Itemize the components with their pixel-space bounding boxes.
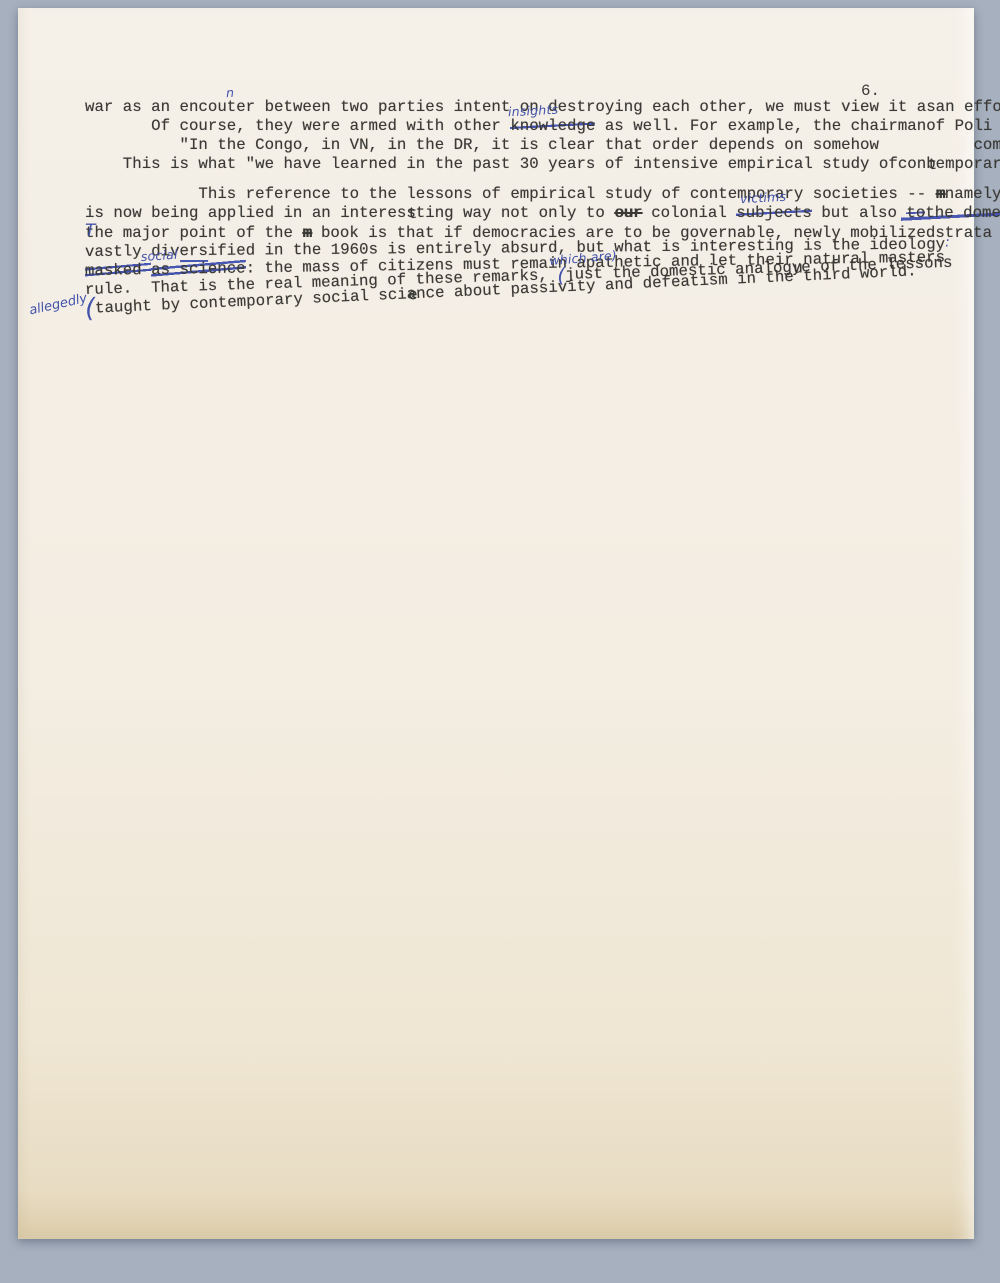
typed-line: of Poli Sci at my university explained t… xyxy=(926,117,1000,135)
pen-annotation: social xyxy=(140,244,178,266)
typed-text: Of course, they were armed with other xyxy=(85,117,510,135)
typed-line: conbtemporary societies." The VNese peas… xyxy=(898,155,1000,173)
pen-annotation: victims xyxy=(740,187,787,208)
typed-text: "In the Congo, in VN, in the DR, it is c… xyxy=(85,136,879,154)
typed-text: as well. For example, the chairman xyxy=(595,117,926,135)
typed-text: of Poli Sci at my university explained t… xyxy=(926,117,1000,135)
overstruck-text: m xyxy=(936,185,945,203)
typed-line: Of course, they were armed with other in… xyxy=(85,117,926,135)
paragraph-block: This is what "we have learned in the pas… xyxy=(85,155,991,174)
pen-character: T xyxy=(85,222,95,241)
pen-deleted-text: the domestic population. xyxy=(901,204,1000,222)
typed-text: is now being applied in an interes xyxy=(85,204,406,222)
paper-page: 6. war as an encounter between two parti… xyxy=(18,8,974,1239)
typed-text: emporary societies." The VNese peasants … xyxy=(936,155,1000,173)
pen-annotation: n xyxy=(225,83,234,102)
typed-line: compelling newly mobilized strata to ret… xyxy=(879,136,1000,154)
typed-text: colonial xyxy=(642,204,737,222)
pen-underlined-text: ers xyxy=(179,242,208,260)
typed-line: is now being applied in an interesstting… xyxy=(85,204,925,222)
paragraph-block: "In the Congo, in VN, in the DR, it is c… xyxy=(85,136,991,155)
overtyped-correction: bt xyxy=(926,155,935,174)
paragraph-gap xyxy=(85,174,991,185)
typed-text: con xyxy=(898,155,926,173)
overstruck-text: m xyxy=(302,224,311,242)
typed-text: ting way not only to xyxy=(416,204,614,222)
typed-line: namely, that newly mobilized strata must… xyxy=(945,185,1000,203)
typed-text: ter between two parties intent on destro… xyxy=(227,98,936,116)
paragraph-block: Of course, they were armed with other in… xyxy=(85,117,991,136)
typed-line: an effort to make people m switch allegi… xyxy=(936,98,1000,116)
typed-text: he major point of the xyxy=(94,224,302,242)
typed-line: This is what "we have learned in the pas… xyxy=(85,155,898,173)
overtype-character: t xyxy=(408,205,417,224)
typed-text: namely, that newly mobilized strata must… xyxy=(945,185,1000,203)
typed-text: but also xyxy=(812,204,907,222)
overtyped-correction: st xyxy=(406,204,415,223)
typed-text: an effort to make people xyxy=(936,98,1000,116)
typed-line: This reference to the lessons of empiric… xyxy=(85,185,945,203)
overtyped-correction: ae xyxy=(406,285,416,305)
overstruck-text: our xyxy=(614,204,641,222)
paragraph-block: This reference to the lessons of empiric… xyxy=(85,185,991,242)
typed-body: war as an encounter between two parties … xyxy=(85,98,991,319)
typed-line: the domestic population. here at home. A… xyxy=(925,204,1000,222)
typed-text: war as an encou xyxy=(85,98,227,116)
typed-text: This reference to the lessons of empiric… xyxy=(85,185,936,203)
pen-margin-annotation: allegedly xyxy=(27,289,89,321)
typed-text: compelling newly mobilized strata to ret… xyxy=(879,136,1000,154)
pen-overwritten-character: tT xyxy=(85,224,94,243)
overtype-character: e xyxy=(408,285,418,305)
pen-annotation: insights xyxy=(508,100,559,122)
scanned-document: { "page": { "number": "6." }, "colors": … xyxy=(0,0,1000,1283)
typed-line: "In the Congo, in VN, in the DR, it is c… xyxy=(85,136,879,154)
typed-text: This is what "we have learned in the pas… xyxy=(85,155,898,173)
overtype-character: t xyxy=(928,156,937,175)
